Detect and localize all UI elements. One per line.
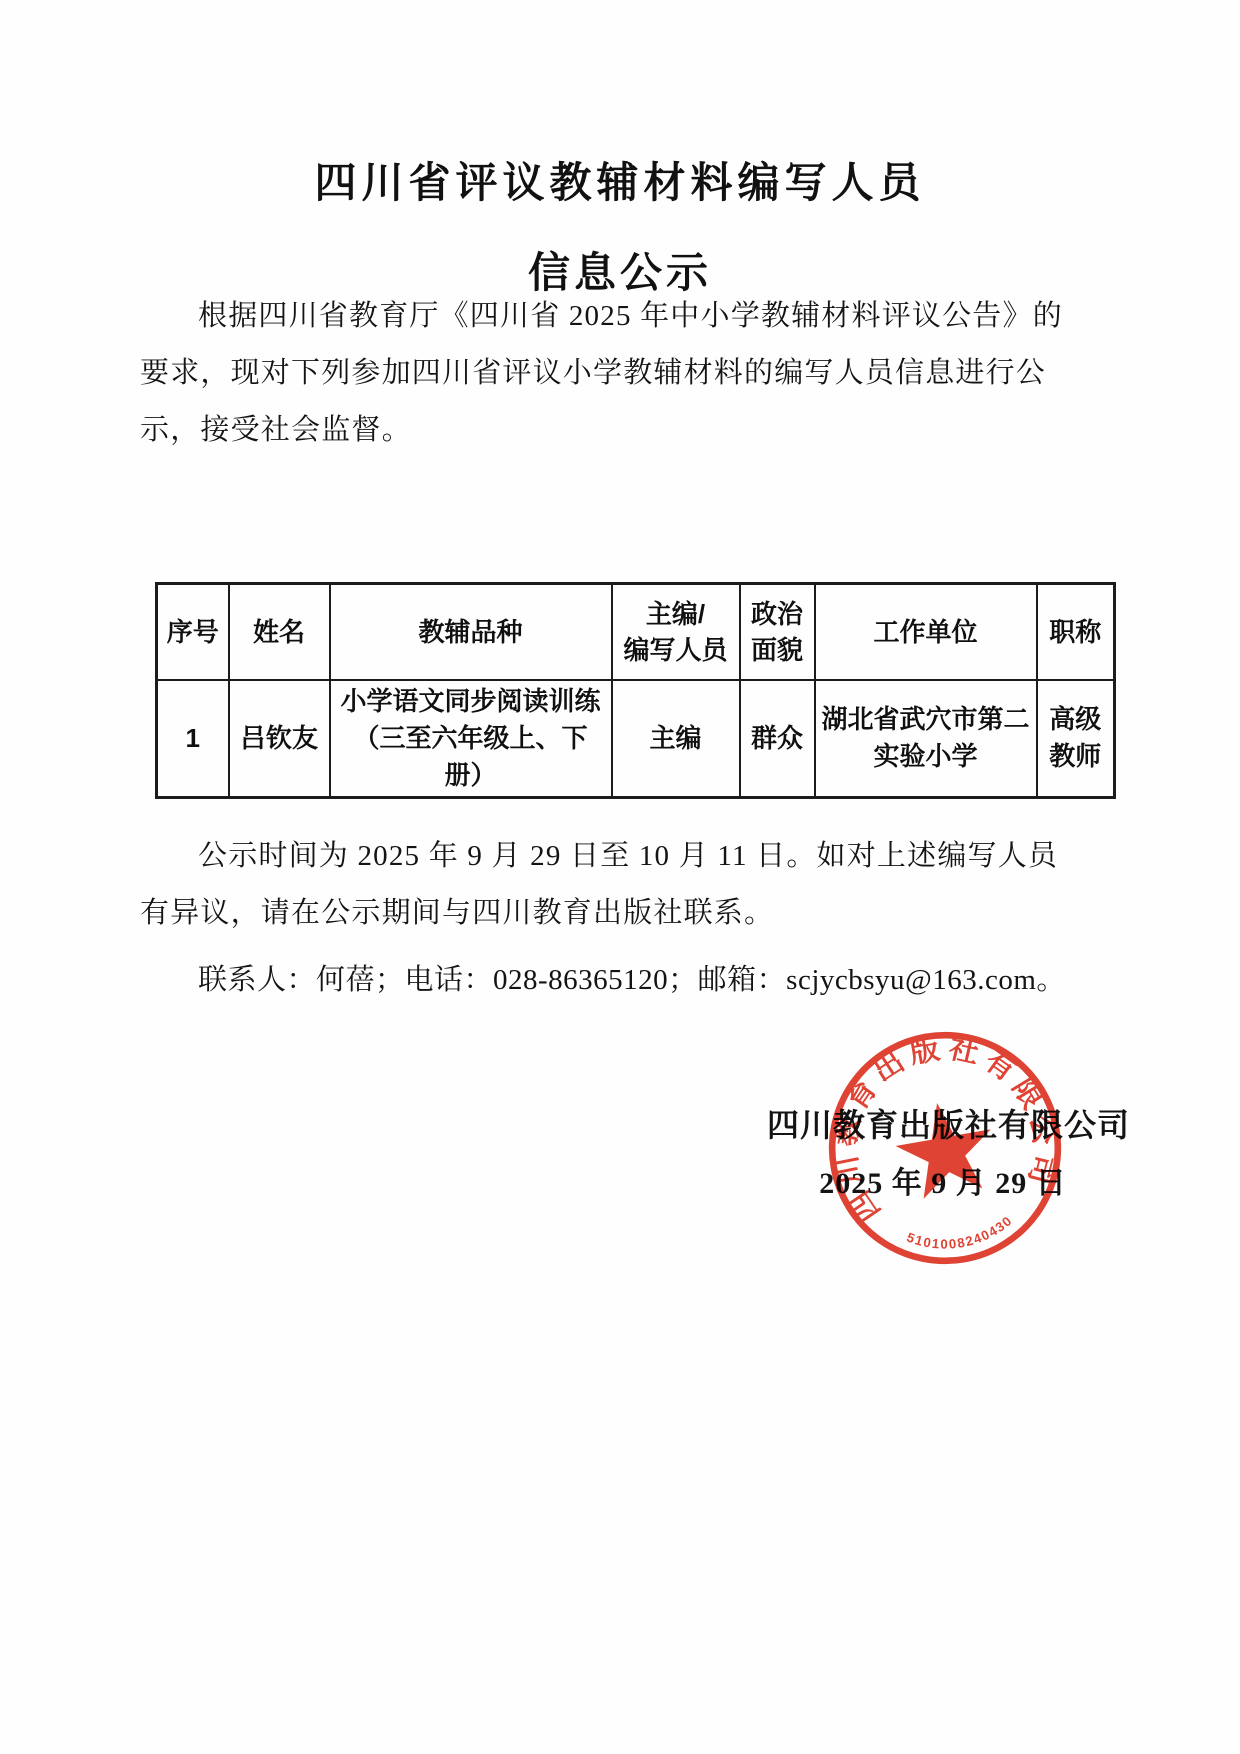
role-cell: 主编: [612, 680, 740, 798]
column-header-material: 教辅品种: [330, 584, 612, 680]
publisher-signature: 四川教育出版社有限公司: [767, 1100, 1119, 1146]
table-row: 1 吕钦友 小学语文同步阅读训练 （三至六年级上、下册） 主编 群众 湖北省武穴…: [157, 680, 1115, 798]
title-cell: 高级 教师: [1037, 680, 1115, 798]
material-cell: 小学语文同步阅读训练 （三至六年级上、下册）: [330, 680, 612, 798]
seal-serial-number: 5101008240430: [902, 1211, 1018, 1260]
column-header-political-status: 政治 面貌: [740, 584, 815, 680]
publicity-period-paragraph: 公示时间为 2025 年 9 月 29 日至 10 月 11 日。如对上述编写人…: [140, 828, 1102, 942]
name-cell: 吕钦友: [229, 680, 330, 798]
document-title-line1: 四川省评议教辅材料编写人员: [0, 150, 1240, 210]
editors-table: 序号 姓名 教辅品种 主编/ 编写人员 政治 面貌 工作单位 职称 1 吕钦友 …: [155, 582, 1116, 799]
document-page: 四川省评议教辅材料编写人员 信息公示 根据四川省教育厅《四川省 2025 年中小…: [0, 0, 1240, 1754]
table-header-row: 序号 姓名 教辅品种 主编/ 编写人员 政治 面貌 工作单位 职称: [157, 584, 1115, 680]
signature-date: 2025 年 9 月 29 日: [767, 1158, 1119, 1202]
column-header-name: 姓名: [229, 584, 330, 680]
company-seal: 四川教育出版社有限公司 5101008240430: [801, 1004, 1088, 1291]
work-unit-cell: 湖北省武穴市第二 实验小学: [815, 680, 1037, 798]
political-status-cell: 群众: [740, 680, 815, 798]
contact-info-line: 联系人：何蓓；电话：028-86365120；邮箱：scjycbsyu@163.…: [140, 952, 1102, 1009]
intro-paragraph: 根据四川省教育厅《四川省 2025 年中小学教辅材料评议公告》的 要求，现对下列…: [140, 288, 1102, 459]
column-header-title: 职称: [1037, 584, 1115, 680]
column-header-work-unit: 工作单位: [815, 584, 1037, 680]
seal-circle: [814, 1017, 1075, 1278]
column-header-serial: 序号: [157, 584, 229, 680]
column-header-role: 主编/ 编写人员: [612, 584, 740, 680]
serial-cell: 1: [157, 680, 229, 798]
